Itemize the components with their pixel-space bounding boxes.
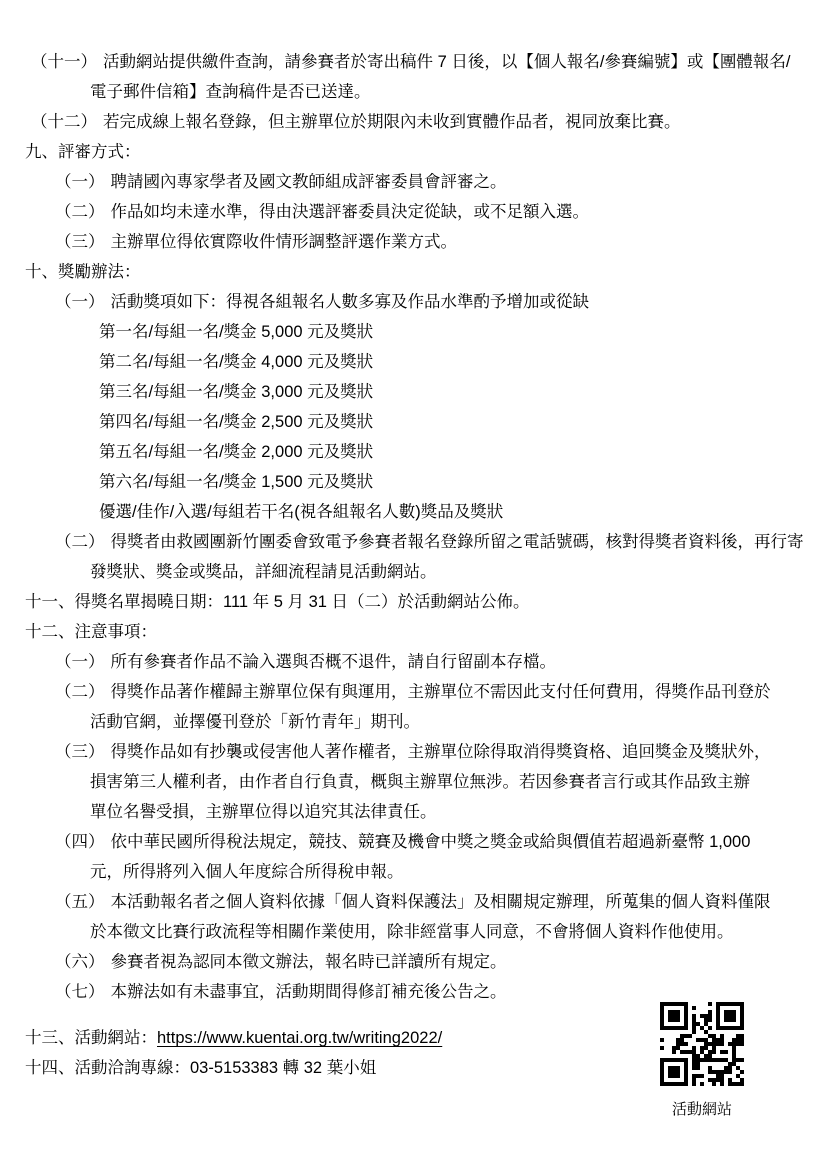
section-12-item-3: （三）得獎作品如有抄襲或侵害他人著作權者，主辦單位除得取消得獎資格、追回獎金及獎… — [55, 742, 771, 762]
qr-caption: 活動網站 — [650, 1098, 754, 1119]
section-12-heading: 十二、注意事項： — [25, 622, 157, 642]
item-text: 依中華民國所得稅法規定，競技、競賽及機會中獎之獎金或給與價值若超過新臺幣 1,0… — [111, 833, 751, 851]
section-10-item-2: （二）得獎者由救國團新竹團委會致電予參賽者報名登錄所留之電話號碼，核對得獎者資料… — [55, 532, 804, 552]
section-10-item-1: （一）活動獎項如下：得視各組報名人數多寡及作品水準酌予增加或從缺 — [55, 292, 589, 312]
item-text: 所有參賽者作品不論入選與否概不退件，請自行留副本存檔。 — [111, 653, 557, 671]
item-number: （二） — [55, 533, 105, 551]
item-12-text: 若完成線上報名登錄，但主辦單位於期限內未收到實體作品者，視同放棄比賽。 — [103, 113, 681, 131]
award-line-1: 第一名/每組一名/獎金 5,000 元及獎狀 — [99, 322, 373, 342]
award-line-merit: 優選/佳作/入選/每組若干名(視各組報名人數)獎品及獎狀 — [99, 502, 503, 522]
item-number: （一） — [55, 653, 105, 671]
section-12-item-3-line-3: 單位名譽受損，主辦單位得以追究其法律責任。 — [90, 802, 437, 822]
item-text: 主辦單位得依實際收件情形調整評選作業方式。 — [111, 233, 458, 251]
section-9-item-2: （二）作品如均未達水準，得由決選評審委員決定從缺，或不足額入選。 — [55, 202, 589, 222]
section-9-item-3: （三）主辦單位得依實際收件情形調整評選作業方式。 — [55, 232, 457, 252]
section-11-heading: 十一、得獎名單揭曉日期：111 年 5 月 31 日（二）於活動網站公佈。 — [25, 592, 530, 612]
award-line-3: 第三名/每組一名/獎金 3,000 元及獎狀 — [99, 382, 373, 402]
item-number: （五） — [55, 893, 105, 911]
item-number: （四） — [55, 833, 105, 851]
section-12-item-5-line-2: 於本徵文比賽行政流程等相關作業使用，除非經當事人同意，不會將個人資料作他使用。 — [90, 922, 734, 942]
item-number: （六） — [55, 953, 105, 971]
item-number: （一） — [55, 293, 105, 311]
item-12-number: （十二） — [31, 113, 97, 131]
section-12-item-4: （四）依中華民國所得稅法規定，競技、競賽及機會中獎之獎金或給與價值若超過新臺幣 … — [55, 832, 750, 852]
section-9-heading: 九、評審方式： — [25, 142, 141, 162]
section-12-item-7: （七）本辦法如有未盡事宜，活動期間得修訂補充後公告之。 — [55, 982, 507, 1002]
award-line-5: 第五名/每組一名/獎金 2,000 元及獎狀 — [99, 442, 373, 462]
item-11-line-2: 電子郵件信箱】查詢稿件是否已送達。 — [90, 82, 371, 102]
item-text: 本活動報名者之個人資料依據「個人資料保護法」及相關規定辦理，所蒐集的個人資料僅限 — [111, 893, 771, 911]
qr-code — [658, 1000, 746, 1088]
qr-code-image — [658, 1000, 746, 1088]
website-label: 十三、活動網站： — [25, 1029, 157, 1047]
item-11-text: 活動網站提供繳件查詢，請參賽者於寄出稿件 7 日後，以【個人報名/參賽編號】或【… — [103, 53, 791, 71]
section-12-item-4-line-2: 元，所得將列入個人年度綜合所得稅申報。 — [90, 862, 404, 882]
item-number: （七） — [55, 983, 105, 1001]
section-14-line: 十四、活動洽詢專線：03-5153383 轉 32 葉小姐 — [25, 1058, 376, 1078]
section-12-item-2: （二）得獎作品著作權歸主辦單位保有與運用，主辦單位不需因此支付任何費用，得獎作品… — [55, 682, 771, 702]
item-text: 活動獎項如下：得視各組報名人數多寡及作品水準酌予增加或從缺 — [111, 293, 590, 311]
section-12-item-6: （六）參賽者視為認同本徵文辦法，報名時已詳讀所有規定。 — [55, 952, 507, 972]
item-number: （三） — [55, 743, 105, 761]
item-text: 參賽者視為認同本徵文辦法，報名時已詳讀所有規定。 — [111, 953, 507, 971]
activity-website-link[interactable]: https://www.kuentai.org.tw/writing2022/ — [157, 1029, 442, 1047]
section-12-item-5: （五）本活動報名者之個人資料依據「個人資料保護法」及相關規定辦理，所蒐集的個人資… — [55, 892, 771, 912]
section-10-item-2-line-2: 發獎狀、獎金或獎品，詳細流程請見活動網站。 — [90, 562, 437, 582]
section-10-heading: 十、獎勵辦法： — [25, 262, 141, 282]
item-text: 得獎者由救國團新竹團委會致電予參賽者報名登錄所留之電話號碼，核對得獎者資料後，再… — [111, 533, 804, 551]
item-number: （一） — [55, 173, 105, 191]
item-11-line-1: （十一）活動網站提供繳件查詢，請參賽者於寄出稿件 7 日後，以【個人報名/參賽編… — [31, 52, 791, 72]
section-9-item-1: （一）聘請國內專家學者及國文教師組成評審委員會評審之。 — [55, 172, 507, 192]
item-text: 聘請國內專家學者及國文教師組成評審委員會評審之。 — [111, 173, 507, 191]
document-page: { "page": { "background": "#ffffff", "te… — [0, 0, 827, 1170]
award-line-2: 第二名/每組一名/獎金 4,000 元及獎狀 — [99, 352, 373, 372]
item-number: （二） — [55, 683, 105, 701]
item-text: 作品如均未達水準，得由決選評審委員決定從缺，或不足額入選。 — [111, 203, 590, 221]
section-12-item-2-line-2: 活動官網，並擇優刊登於「新竹青年」期刊。 — [90, 712, 420, 732]
item-text: 得獎作品著作權歸主辦單位保有與運用，主辦單位不需因此支付任何費用，得獎作品刊登於 — [111, 683, 771, 701]
item-11-number: （十一） — [31, 53, 97, 71]
item-text: 本辦法如有未盡事宜，活動期間得修訂補充後公告之。 — [111, 983, 507, 1001]
award-line-4: 第四名/每組一名/獎金 2,500 元及獎狀 — [99, 412, 373, 432]
section-12-item-1: （一）所有參賽者作品不論入選與否概不退件，請自行留副本存檔。 — [55, 652, 556, 672]
item-12-line-1: （十二）若完成線上報名登錄，但主辦單位於期限內未收到實體作品者，視同放棄比賽。 — [31, 112, 681, 132]
section-12-item-3-line-2: 損害第三人權利者，由作者自行負責，概與主辦單位無涉。若因參賽者言行或其作品致主辦 — [90, 772, 750, 792]
award-line-6: 第六名/每組一名/獎金 1,500 元及獎狀 — [99, 472, 373, 492]
item-number: （二） — [55, 203, 105, 221]
item-number: （三） — [55, 233, 105, 251]
item-text: 得獎作品如有抄襲或侵害他人著作權者，主辦單位除得取消得獎資格、追回獎金及獎狀外， — [111, 743, 771, 761]
section-13-line: 十三、活動網站：https://www.kuentai.org.tw/writi… — [25, 1028, 442, 1048]
